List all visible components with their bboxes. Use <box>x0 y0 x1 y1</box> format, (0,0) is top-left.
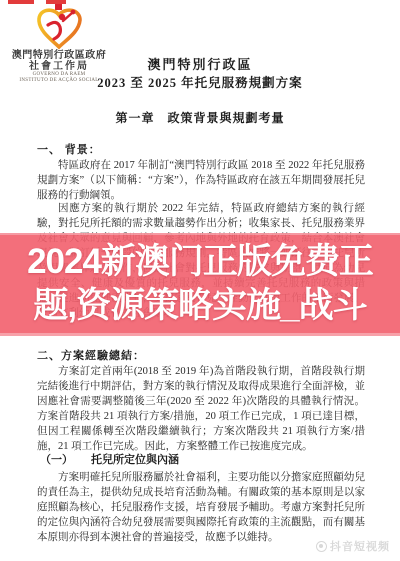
video-watermark: 抖音短视频 <box>316 538 390 554</box>
heart-logo-icon <box>33 4 85 50</box>
watermark-camera-icon <box>316 541 327 552</box>
spam-overlay-banner[interactable]: 2024新澳门正版免费正 题,资源策略实施_战斗 <box>0 233 400 336</box>
banner-text-line1: 2024新澳门正版免费正 <box>0 240 400 284</box>
watermark-text: 抖音短视频 <box>330 538 390 554</box>
banner-text-line2: 题,资源策略实施_战斗 <box>0 284 400 328</box>
document-page: 澳門特別行政區政府 社會工作局 GOVERNO DA RAEM INSTITUT… <box>0 0 400 561</box>
document-title: 澳門特別行政區 2023 至 2025 年托兒服務規劃方案 <box>0 56 400 92</box>
section1-paragraph1: 特區政府在 2017 年制訂“澳門特別行政區 2018 至 2022 年托兒服務… <box>37 158 365 203</box>
subsection1-heading: （一）托兒所定位與內涵 <box>40 451 179 467</box>
document-title-line2: 2023 至 2025 年托兒服務規劃方案 <box>0 75 400 92</box>
section1-heading: 一、 背景： <box>37 141 101 157</box>
subsection1-title: 托兒所定位與內涵 <box>91 454 179 466</box>
section2-heading: 二、方案經驗總結： <box>37 347 145 363</box>
subsection1-number: （一） <box>40 454 73 466</box>
document-title-line1: 澳門特別行政區 <box>0 56 400 73</box>
subsection1-paragraph1: 方案明確托兒所服務屬於社會福利，主要功能以分擔家庭照顧幼兒的責任為主，提供幼兒成… <box>37 470 365 545</box>
section2-paragraph1: 方案訂定首兩年(2018 至 2019 年)為首階段執行期，首階段執行期完結後進… <box>37 364 365 454</box>
chapter-heading: 第一章 政策背景與規劃考量 <box>0 109 400 126</box>
